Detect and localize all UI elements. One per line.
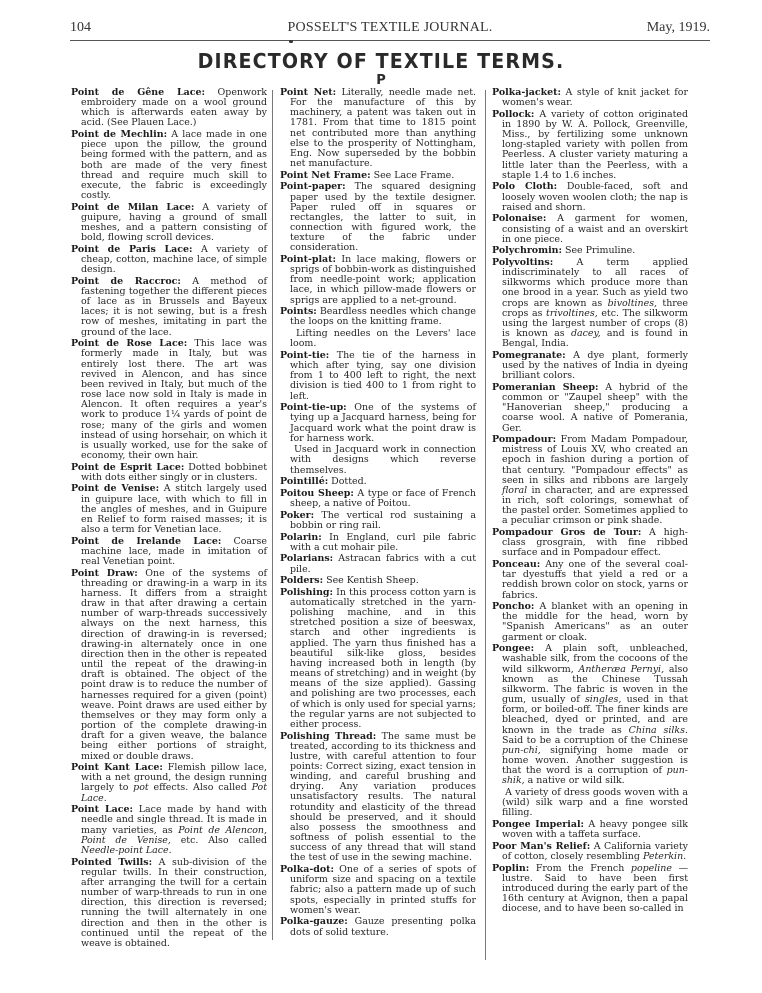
entry-definition: a native or wild silk. xyxy=(525,775,625,786)
entry-term: Polychromin: xyxy=(492,245,562,256)
glossary-entry: Polishing: In this process cotton yarn i… xyxy=(280,588,476,730)
column-divider-2 xyxy=(485,90,486,960)
entry-definition: See Primuline. xyxy=(562,245,635,256)
glossary-entry: Polishing Thread: The same must be treat… xyxy=(280,732,476,864)
glossary-entry: Point de Raccroc: A method of fastening … xyxy=(71,277,267,338)
glossary-entry: Points: Beardless needles which change t… xyxy=(280,307,476,327)
glossary-entry: Polka-gauze: Gauze presenting polka dots… xyxy=(280,917,476,937)
entry-italic-term: dacey, xyxy=(571,328,601,339)
glossary-entry: Pollock: A variety of cotton originated … xyxy=(492,110,688,181)
running-header: 104 POSSELT'S TEXTILE JOURNAL. May, 1919… xyxy=(70,20,710,40)
entry-definition: The vertical rod sustaining a bobbin or … xyxy=(290,510,476,531)
entry-continuation: Used in Jacquard work in connection with… xyxy=(280,445,476,475)
entry-definition: A variety of cotton originated in 1890 b… xyxy=(502,109,688,181)
glossary-entry: Poncho: A blanket with an opening in the… xyxy=(492,602,688,643)
glossary-entry: Pompadour Gros de Tour: A high-class gro… xyxy=(492,528,688,558)
entry-definition: This lace was formerly made in Italy, bu… xyxy=(81,338,267,461)
entry-definition: A lace made in one piece upon the pillow… xyxy=(81,129,267,201)
glossary-entry: Pointed Twills: A sub-division of the re… xyxy=(71,858,267,949)
entry-italic-term: Needle-point Lace. xyxy=(81,845,172,856)
glossary-entry: Polyvoltins: A term applied indiscrimina… xyxy=(492,258,688,349)
page-title: DIRECTORY OF TEXTILE TERMS. xyxy=(19,49,743,73)
glossary-entry: Point Net Frame: See Lace Frame. xyxy=(280,171,476,181)
glossary-entry: Point de Venise: A stitch largely used i… xyxy=(71,484,267,535)
glossary-entry: Polonaise: A garment for women, consisti… xyxy=(492,214,688,244)
glossary-entry: Point Draw: One of the systems of thread… xyxy=(71,569,267,762)
entry-continuation: Lifting needles on the Levers' lace loom… xyxy=(280,329,476,349)
column-3: Polka-jacket: A style of knit jacket for… xyxy=(492,88,688,916)
glossary-entry: Point de Rose Lace: This lace was former… xyxy=(71,339,267,461)
glossary-entry: Poplin: From the French popeline — lustr… xyxy=(492,864,688,915)
glossary-entry: Ponceau: Any one of the several coal-tar… xyxy=(492,560,688,601)
entry-definition: A sub-division of the regular twills. In… xyxy=(81,857,267,949)
glossary-entry: Point de Mechlin: A lace made in one pie… xyxy=(71,130,267,201)
glossary-entry: Point Net: Literally, needle made net. F… xyxy=(280,88,476,169)
glossary-entry: Point de Esprit Lace: Dotted bobbinet wi… xyxy=(71,463,267,483)
entry-term: Point Net Frame: xyxy=(280,170,371,181)
entry-definition: etc. Also called xyxy=(171,835,267,846)
glossary-entry: Polo Cloth: Double-faced, soft and loose… xyxy=(492,182,688,212)
section-letter: P xyxy=(0,73,762,88)
glossary-entry: Polka-jacket: A style of knit jacket for… xyxy=(492,88,688,108)
entry-definition: in character, and are expressed in rich,… xyxy=(502,485,688,526)
entry-continuation: A variety of dress goods woven with a (w… xyxy=(492,788,688,818)
glossary-entry: Point de Irelande Lace: Coarse machine l… xyxy=(71,537,267,567)
entry-italic-term: Peterkin. xyxy=(643,851,686,862)
header-rule-ornament xyxy=(289,40,293,43)
entry-definition: Literally, needle made net. For the manu… xyxy=(290,87,476,169)
journal-title: POSSELT'S TEXTILE JOURNAL. xyxy=(70,20,710,36)
entry-definition: The squared designing paper used by the … xyxy=(290,181,476,253)
entry-definition: Beardless needles which change the loops… xyxy=(290,306,476,327)
glossary-entry: Point de Gêne Lace: Openwork embroidery … xyxy=(71,88,267,129)
glossary-entry: Polarians: Astracan fabrics with a cut p… xyxy=(280,554,476,574)
column-1: Point de Gêne Lace: Openwork embroidery … xyxy=(71,88,267,950)
glossary-entry: Point Lace: Lace made by hand with needl… xyxy=(71,805,267,856)
glossary-entry: Pomegranate: A dye plant, formerly used … xyxy=(492,351,688,381)
glossary-entry: Poker: The vertical rod sustaining a bob… xyxy=(280,511,476,531)
issue-date: May, 1919. xyxy=(647,20,710,36)
entry-italic-term: pot xyxy=(133,782,149,793)
glossary-entry: Pongee: A plain soft, unbleached, washab… xyxy=(492,644,688,786)
glossary-entry: Point-tie: The tie of the harness in whi… xyxy=(280,351,476,402)
entry-definition: See Lace Frame. xyxy=(371,170,455,181)
glossary-entry: Point de Milan Lace: A variety of guipur… xyxy=(71,203,267,244)
glossary-entry: Polders: See Kentish Sheep. xyxy=(280,576,476,586)
glossary-entry: Polka-dot: One of a series of spots of u… xyxy=(280,865,476,916)
entry-definition: A method of fastening together the diffe… xyxy=(81,276,267,338)
entry-definition: effects. Also called xyxy=(149,782,252,793)
header-rule xyxy=(70,40,710,41)
column-2: Point Net: Literally, needle made net. F… xyxy=(280,88,476,939)
glossary-entry: Pompadour: From Madam Pompadour, mistres… xyxy=(492,435,688,526)
glossary-entry: Polarin: In England, curl pile fabric wi… xyxy=(280,533,476,553)
entry-definition: See Kentish Sheep. xyxy=(323,575,419,586)
glossary-entry: Poor Man's Relief: A California variety … xyxy=(492,842,688,862)
column-divider-1 xyxy=(272,90,273,940)
glossary-entry: Point-plat: In lace making, flowers or s… xyxy=(280,255,476,306)
glossary-entry: Point-paper: The squared designing paper… xyxy=(280,182,476,253)
glossary-entry: Pointillé: Dotted. xyxy=(280,477,476,487)
glossary-entry: Polychromin: See Primuline. xyxy=(492,246,688,256)
glossary-entry: Point-tie-up: One of the systems of tyin… xyxy=(280,403,476,444)
entry-definition: Dotted. xyxy=(328,476,366,487)
glossary-entry: Pomeranian Sheep: A hybrid of the common… xyxy=(492,383,688,434)
glossary-entry: Point Kant Lace: Flemish pillow lace, wi… xyxy=(71,763,267,804)
glossary-entry: Point de Paris Lace: A variety of cheap,… xyxy=(71,245,267,275)
entry-term: Polders: xyxy=(280,575,323,586)
entry-definition: One of the systems of threading or drawi… xyxy=(81,568,267,762)
entry-definition: In this process cotton yarn is automatic… xyxy=(290,587,476,730)
entry-definition: The same must be treated, according to i… xyxy=(290,731,476,864)
entry-term: Pointillé: xyxy=(280,476,328,487)
glossary-entry: Pongee Imperial: A heavy pongee silk wov… xyxy=(492,820,688,840)
glossary-entry: Poitou Sheep: A type or face of French s… xyxy=(280,489,476,509)
